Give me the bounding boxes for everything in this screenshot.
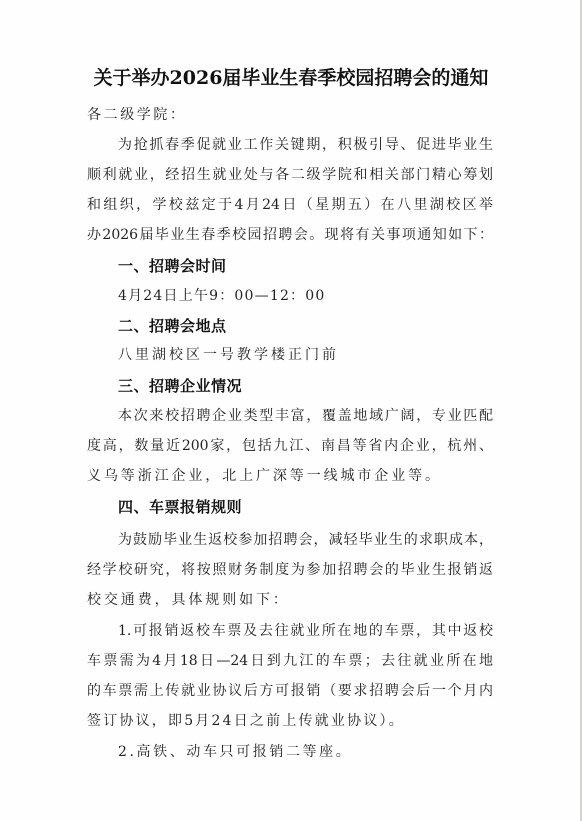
intro-line: 为抢抓春季促就业工作关键期，积极引导、促进毕业生 — [118, 136, 493, 154]
reimbursement-rule-1: 1.可报销返校车票及去往就业所在地的车票，其中返校 — [118, 622, 493, 640]
document-page: 关于举办2026届毕业生春季校园招聘会的通知 各二级学院： 为抢抓春季促就业工作… — [0, 0, 580, 821]
companies-line: 本次来校招聘企业类型丰富，覆盖地域广阔，专业匹配 — [118, 407, 493, 425]
intro-line: 办2026届毕业生春季校园招聘会。现将有关事项通知如下： — [87, 226, 493, 244]
section-location-value: 八里湖校区一号教学楼正门前 — [118, 346, 493, 364]
section-heading-companies: 三、招聘企业情况 — [118, 377, 242, 395]
intro-line: 顺利就业，经招生就业处与各二级学院和相关部门精心筹划 — [87, 166, 493, 184]
salutation: 各二级学院： — [87, 106, 493, 124]
companies-line: 度高，数量近200家，包括九江、南昌等省内企业，杭州、 — [87, 437, 493, 455]
section-heading-time: 一、招聘会时间 — [118, 257, 227, 275]
section-heading-location: 二、招聘会地点 — [118, 317, 227, 335]
reimbursement-line: 校交通费，具体规则如下： — [87, 591, 493, 609]
document-title: 关于举办2026届毕业生春季校园招聘会的通知 — [0, 63, 582, 90]
reimbursement-line: 经学校研究，将按照财务制度为参加招聘会的毕业生报销返 — [87, 561, 493, 579]
reimbursement-rule-1: 签订协议，即5月24日之前上传就业协议）。 — [87, 712, 493, 730]
reimbursement-rule-1: 的车票需上传就业协议后方可报销（要求招聘会后一个月内 — [87, 682, 493, 700]
reimbursement-rule-2: 2.高铁、动车只可报销二等座。 — [118, 743, 493, 761]
section-heading-reimbursement: 四、车票报销规则 — [118, 498, 242, 516]
intro-line: 和组织，学校兹定于4月24日（星期五）在八里湖校区举 — [87, 196, 493, 214]
companies-line: 义乌等浙江企业，北上广深等一线城市企业等。 — [87, 467, 493, 485]
section-time-value: 4月24日上午9：00—12：00 — [118, 287, 493, 305]
reimbursement-line: 为鼓励毕业生返校参加招聘会，减轻毕业生的求职成本， — [118, 531, 493, 549]
reimbursement-rule-1: 车票需为4月18日—24日到九江的车票；去往就业所在地 — [87, 652, 493, 670]
